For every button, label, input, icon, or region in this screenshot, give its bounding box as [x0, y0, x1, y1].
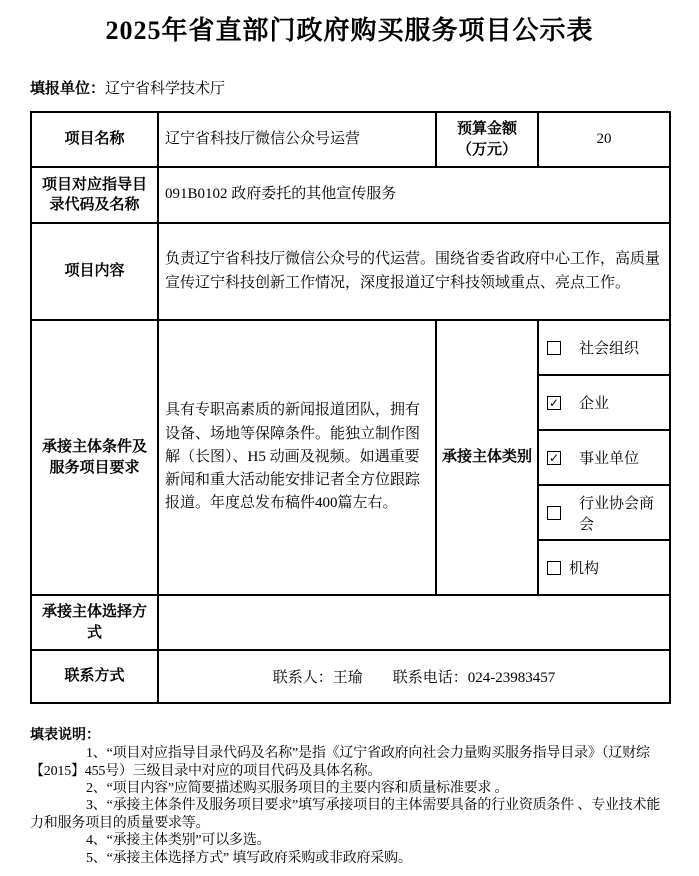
row-catalog: 项目对应指导目录代码及名称 091B0102 政府委托的其他宣传服务 — [31, 167, 670, 223]
row-requirements: 承接主体条件及服务项目要求 具有专职高素质的新闻报道团队，拥有设备、场地等保障条… — [31, 320, 670, 375]
budget-label: 预算金额 （万元） — [436, 112, 538, 167]
contact-phone-number: 024-23983457 — [468, 670, 556, 686]
note-item-4: 4、“承接主体类别”可以多选。 — [30, 832, 671, 849]
checkbox-icon — [547, 561, 561, 575]
contact-line: 联系人：王瑜 联系电话：024-23983457 — [273, 666, 556, 687]
contact-value: 联系人：王瑜 联系电话：024-23983457 — [158, 650, 670, 703]
requirements-value: 具有专职高素质的新闻报道团队，拥有设备、场地等保障条件。能独立制作图解（长图）、… — [158, 320, 436, 595]
subject-type-option: 机构 — [547, 557, 663, 578]
contact-phone: 联系电话：024-23983457 — [393, 666, 556, 687]
subject-type-option-row: 社会组织 — [538, 320, 670, 375]
budget-value: 20 — [538, 112, 670, 167]
subject-type-option-row: 机构 — [538, 540, 670, 595]
form-notes: 填表说明： 1、“项目对应指导目录代码及名称”是指《辽宁省政府向社会力量购买服务… — [30, 726, 671, 867]
row-contact: 联系方式 联系人：王瑜 联系电话：024-23983457 — [31, 650, 670, 703]
row-content: 项目内容 负责辽宁省科技厅微信公众号的代运营。围绕省委省政府中心工作，高质量宣传… — [31, 223, 670, 320]
contact-label: 联系方式 — [31, 650, 158, 703]
note-item-1: 1、“项目对应指导目录代码及名称”是指《辽宁省政府向社会力量购买服务指导目录》（… — [30, 745, 671, 780]
budget-label-line1: 预算金额 — [441, 119, 533, 139]
subject-type-option-row: 行业协会商会 — [538, 485, 670, 540]
checkbox-icon — [547, 341, 561, 355]
note-item-5: 5、“承接主体选择方式” 填写政府采购或非政府采购。 — [30, 850, 671, 867]
selection-method-value — [158, 595, 670, 650]
option-label: 行业协会商会 — [579, 492, 663, 534]
requirements-label: 承接主体条件及服务项目要求 — [31, 320, 158, 595]
project-table: 项目名称 辽宁省科技厅微信公众号运营 预算金额 （万元） 20 项目对应指导目录… — [30, 111, 671, 704]
subject-type-option: 社会组织 — [547, 337, 663, 358]
page-title: 2025年省直部门政府购买服务项目公示表 — [30, 10, 669, 47]
content-label: 项目内容 — [31, 223, 158, 320]
option-label: 事业单位 — [579, 447, 639, 468]
reporting-unit-value: 辽宁省科学技术厅 — [105, 81, 225, 97]
contact-phone-label: 联系电话： — [393, 670, 468, 686]
subject-type-option: ✓ 事业单位 — [547, 447, 663, 468]
reporting-unit-line: 填报单位：辽宁省科学技术厅 — [30, 77, 669, 98]
contact-person-name: 王瑜 — [333, 670, 363, 686]
project-name-label: 项目名称 — [31, 112, 158, 167]
catalog-label: 项目对应指导目录代码及名称 — [31, 167, 158, 223]
subject-type-option: 行业协会商会 — [547, 492, 663, 534]
document-page: 2025年省直部门政府购买服务项目公示表 填报单位：辽宁省科学技术厅 项目名称 … — [0, 10, 699, 867]
option-label: 机构 — [569, 557, 599, 578]
option-label: 社会组织 — [579, 337, 639, 358]
subject-type-option: ✓ 企业 — [547, 392, 663, 413]
contact-person-label: 联系人： — [273, 670, 333, 686]
subject-type-option-row: ✓ 企业 — [538, 375, 670, 430]
note-item-3: 3、“承接主体条件及服务项目要求”填写承接项目的主体需要具备的行业资质条件 、专… — [30, 797, 671, 832]
subject-type-option-row: ✓ 事业单位 — [538, 430, 670, 485]
reporting-unit-label: 填报单位： — [30, 80, 105, 97]
checkbox-checked-icon: ✓ — [547, 396, 561, 410]
note-item-2: 2、“项目内容”应简要描述购买服务项目的主要内容和质量标准要求 。 — [30, 780, 671, 797]
content-value: 负责辽宁省科技厅微信公众号的代运营。围绕省委省政府中心工作，高质量宣传辽宁科技创… — [158, 223, 670, 320]
budget-label-line2: （万元） — [441, 140, 533, 160]
selection-method-label: 承接主体选择方式 — [31, 595, 158, 650]
checkbox-icon — [547, 506, 561, 520]
contact-person: 联系人：王瑜 — [273, 666, 363, 687]
notes-heading: 填表说明： — [30, 726, 671, 743]
option-label: 企业 — [579, 392, 609, 413]
catalog-value: 091B0102 政府委托的其他宣传服务 — [158, 167, 670, 223]
row-project-name: 项目名称 辽宁省科技厅微信公众号运营 预算金额 （万元） 20 — [31, 112, 670, 167]
subject-type-label: 承接主体类别 — [436, 320, 538, 595]
row-selection-method: 承接主体选择方式 — [31, 595, 670, 650]
project-name-value: 辽宁省科技厅微信公众号运营 — [158, 112, 436, 167]
checkbox-checked-icon: ✓ — [547, 451, 561, 465]
